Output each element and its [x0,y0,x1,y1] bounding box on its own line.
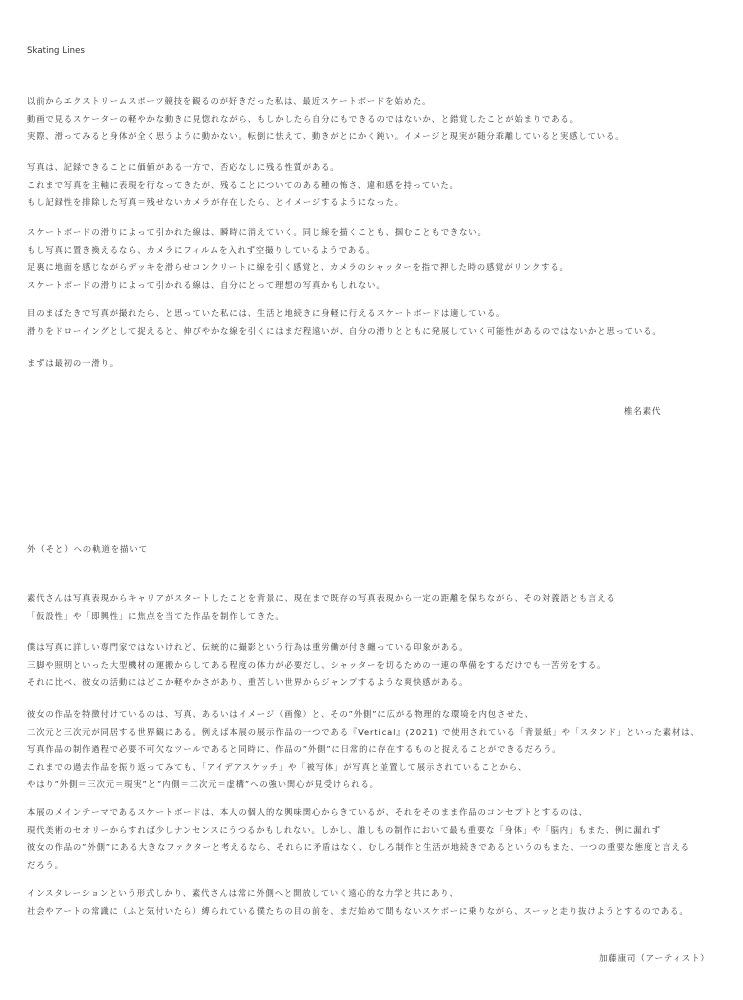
text-line: 素代さんは写真表現からキャリアがスタートしたことを背景に、現在まで既存の写真表現… [27,590,733,608]
text-line: だろう。 [27,857,733,875]
text-line: 「仮設性」や「即興性」に焦点を当てた作品を制作してきた。 [27,608,733,626]
text-line: 目のまばたきで写真が撮れたら、と思っていた私には、生活と地続きに身軽に行えるスケ… [27,305,733,323]
text-line: インスタレーションという形式しかり、素代さんは常に外側へと開放していく遠心的な力… [27,885,733,903]
text-line: 彼女の作品を特徴付けているのは、写真、あるいはイメージ（画像）と、その”外側”に… [27,706,733,724]
text-line: スケートボードの滑りによって引かれた線は、瞬時に消えていく。同じ線を描くことも、… [27,224,733,242]
paragraph: スケートボードの滑りによって引かれた線は、瞬時に消えていく。同じ線を描くことも、… [27,224,733,294]
paragraph: 素代さんは写真表現からキャリアがスタートしたことを背景に、現在まで既存の写真表現… [27,590,733,625]
author-signature: 椎名素代 [624,405,661,417]
text-line: まずは最初の一滑り。 [27,355,733,373]
text-line: やはり”外側＝三次元＝現実”と”内側＝二次元＝虚構”への強い関心が見受けられる。 [27,776,733,794]
paragraph: 以前からエクストリームスポーツ競技を観るのが好きだった私は、最近スケートボードを… [27,93,733,146]
section-title: Skating Lines [27,46,85,56]
text-line: 実際、滑ってみると身体が全く思うように動かない。転倒に怯えて、動きがとにかく鈍い… [27,128,733,146]
paragraph: 僕は写真に詳しい専門家ではないけれど、伝統的に撮影という行為は重労働が付き纏って… [27,639,733,692]
text-line: もし写真に置き換えるなら、カメラにフィルムを入れず空撮りしているようである。 [27,242,733,260]
text-line: 動画で見るスケーターの軽やかな動きに見惚れながら、もしかしたら自分にもできるので… [27,111,733,129]
text-line: スケートボードの滑りによって引かれる線は、自分にとって理想の写真かもしれない。 [27,277,733,295]
text-line: 三脚や照明といった大型機材の運搬からしてある程度の体力が必要だし、シャッターを切… [27,657,733,675]
text-line: 彼女の作品の”外側”にある大きなファクターと考えるなら、それらに矛盾はなく、むし… [27,839,733,857]
text-line: 以前からエクストリームスポーツ競技を観るのが好きだった私は、最近スケートボードを… [27,93,733,111]
text-line: 僕は写真に詳しい専門家ではないけれど、伝統的に撮影という行為は重労働が付き纏って… [27,639,733,657]
text-line: 写真は、記録できることに価値がある一方で、否応なしに残る性質がある。 [27,159,733,177]
text-line: 社会やアートの常識に（ふと気付いたら）縛られている僕たちの目の前を、まだ始めて間… [27,903,733,921]
text-line: 二次元と三次元が同居する世界観にある。例えば本展の展示作品の一つである『Vert… [27,724,733,742]
text-line: 足裏に地面を感じながらデッキを滑らせコンクリートに線を引く感覚と、カメラのシャッ… [27,259,733,277]
text-line: 写真作品の制作過程で必要不可欠なツールであると同時に、作品の”外側”に日常的に存… [27,741,733,759]
paragraph: まずは最初の一滑り。 [27,355,733,373]
section-title: 外（そと）への軌道を描いて [27,543,148,555]
paragraph: インスタレーションという形式しかり、素代さんは常に外側へと開放していく遠心的な力… [27,885,733,920]
paragraph: 彼女の作品を特徴付けているのは、写真、あるいはイメージ（画像）と、その”外側”に… [27,706,733,794]
text-line: 本展のメインテーマであるスケートボードは、本人の個人的な興味関心からきているが、… [27,804,733,822]
paragraph: 目のまばたきで写真が撮れたら、と思っていた私には、生活と地続きに身軽に行えるスケ… [27,305,733,340]
text-line: 滑りをドローイングとして捉えると、伸びやかな線を引くにはまだ程遠いが、自分の滑り… [27,323,733,341]
text-line: 現代美術のセオリーからすれば少しナンセンスにうつるかもしれない。しかし、誰しもの… [27,822,733,840]
text-line: それに比べ、彼女の活動にはどこか軽やかさがあり、重苦しい世界からジャンプするよう… [27,674,733,692]
author-signature: 加藤康司（アーティスト） [599,952,710,964]
text-line: これまで写真を主軸に表現を行なってきたが、残ることについてのある種の怖さ、違和感… [27,177,733,195]
paragraph: 写真は、記録できることに価値がある一方で、否応なしに残る性質がある。 これまで写… [27,159,733,212]
paragraph: 本展のメインテーマであるスケートボードは、本人の個人的な興味関心からきているが、… [27,804,733,874]
text-line: これまでの過去作品を振り返ってみても、「アイデアスケッチ」や「被写体」が写真と並… [27,759,733,777]
text-line: もし記録性を排除した写真＝残せないカメラが存在したら、とイメージするようになった… [27,194,733,212]
